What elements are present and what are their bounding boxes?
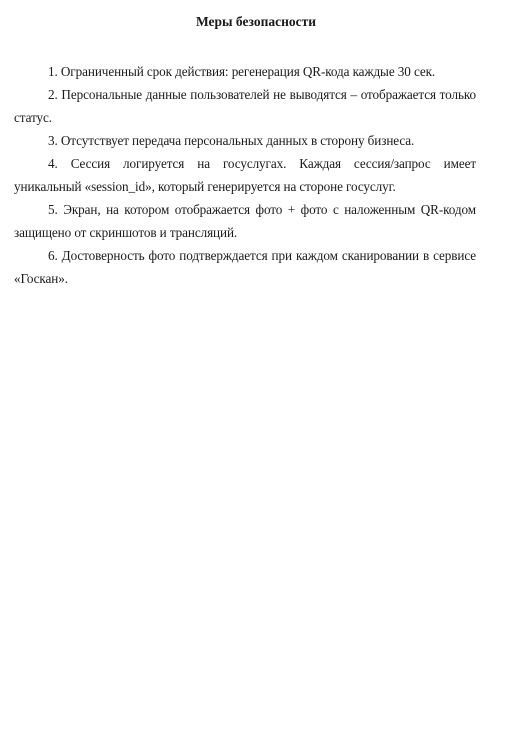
- list-item-5: 5. Экран, на котором отображается фото +…: [14, 198, 476, 244]
- list-item-1: 1. Ограниченный срок действия: регенерац…: [14, 60, 476, 83]
- document-page: Меры безопасности 1. Ограниченный срок д…: [0, 0, 512, 746]
- list-item-2: 2. Персональные данные пользователей не …: [14, 83, 476, 129]
- page-title: Меры безопасности: [0, 13, 512, 31]
- security-measures-list: 1. Ограниченный срок действия: регенерац…: [14, 60, 476, 290]
- list-item-4: 4. Сессия логируется на госуслугах. Кажд…: [14, 152, 476, 198]
- list-item-6: 6. Достоверность фото подтверждается при…: [14, 244, 476, 290]
- list-item-3: 3. Отсутствует передача персональных дан…: [14, 129, 476, 152]
